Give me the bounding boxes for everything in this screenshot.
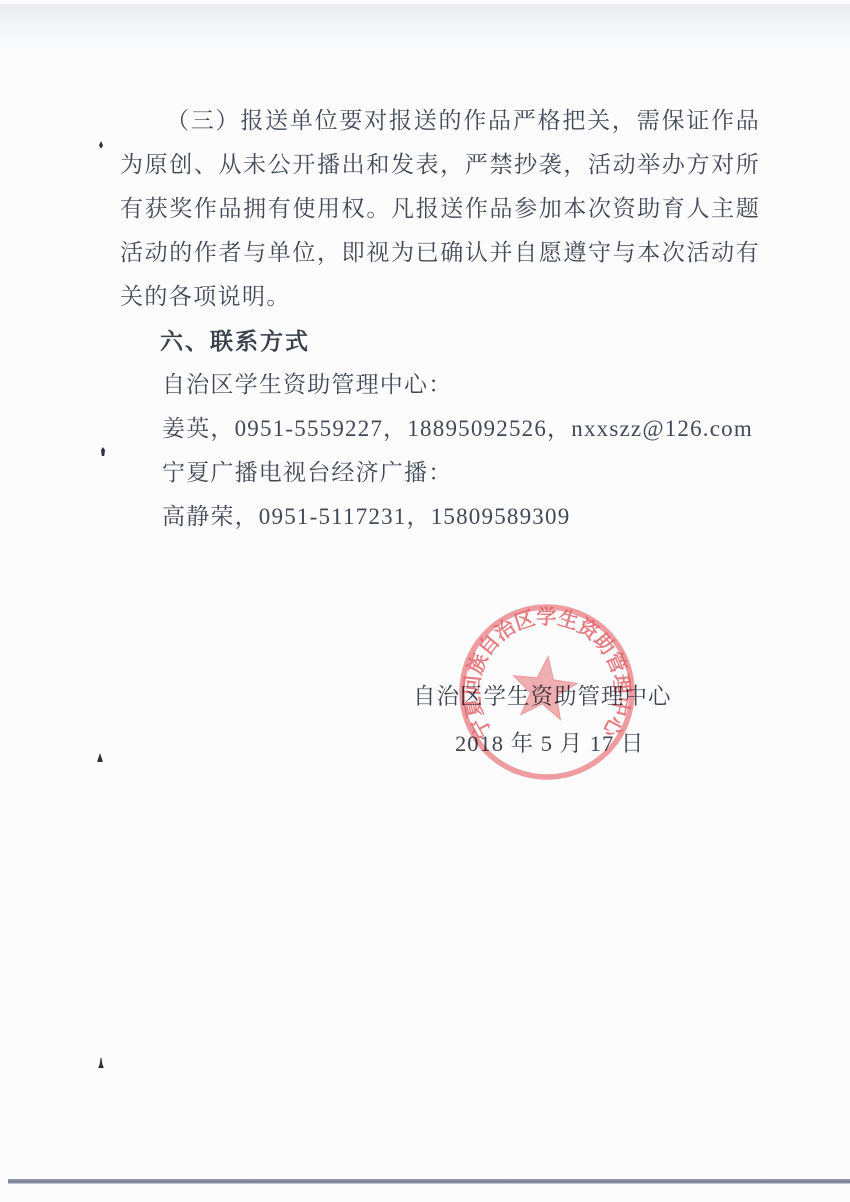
paragraph-line: 活动的作者与单位，即视为已确认并自愿遵守与本次活动有: [120, 231, 760, 275]
contact-line-person1: 姜英，0951-5559227，18895092526，nxxszz@126.c…: [162, 407, 760, 451]
official-seal: 宁夏回族自治区学生资助管理中心: [457, 602, 637, 782]
paragraph-line: 关的各项说明。: [120, 275, 760, 319]
scan-speck: [97, 753, 103, 762]
scanned-document-page: （三）报送单位要对报送的作品严格把关，需保证作品 为原创、从未公开播出和发表，严…: [0, 0, 850, 1202]
paragraph-line: （三）报送单位要对报送的作品严格把关，需保证作品: [120, 99, 760, 143]
seal-star-icon: [509, 652, 581, 721]
scan-bottom-edge: [8, 1179, 850, 1184]
contact-line-org2: 宁夏广播电视台经济广播：: [162, 451, 760, 495]
scan-speck: [98, 1058, 104, 1068]
section-heading: 六、联系方式: [160, 319, 760, 363]
scan-speck: [101, 447, 105, 456]
paragraph-line: 为原创、从未公开播出和发表，严禁抄袭，活动举办方对所: [120, 143, 760, 187]
contact-line-person2: 高静荣，0951-5117231，15809589309: [162, 495, 760, 539]
body-text-column: （三）报送单位要对报送的作品严格把关，需保证作品 为原创、从未公开播出和发表，严…: [120, 99, 760, 539]
scan-top-shadow: [0, 4, 850, 56]
paragraph-line: 有获奖作品拥有使用权。凡报送作品参加本次资助育人主题: [120, 187, 760, 231]
contact-line-org1: 自治区学生资助管理中心：: [162, 363, 760, 407]
scan-speck: [99, 141, 103, 148]
official-seal-graphic: 宁夏回族自治区学生资助管理中心: [457, 602, 637, 782]
